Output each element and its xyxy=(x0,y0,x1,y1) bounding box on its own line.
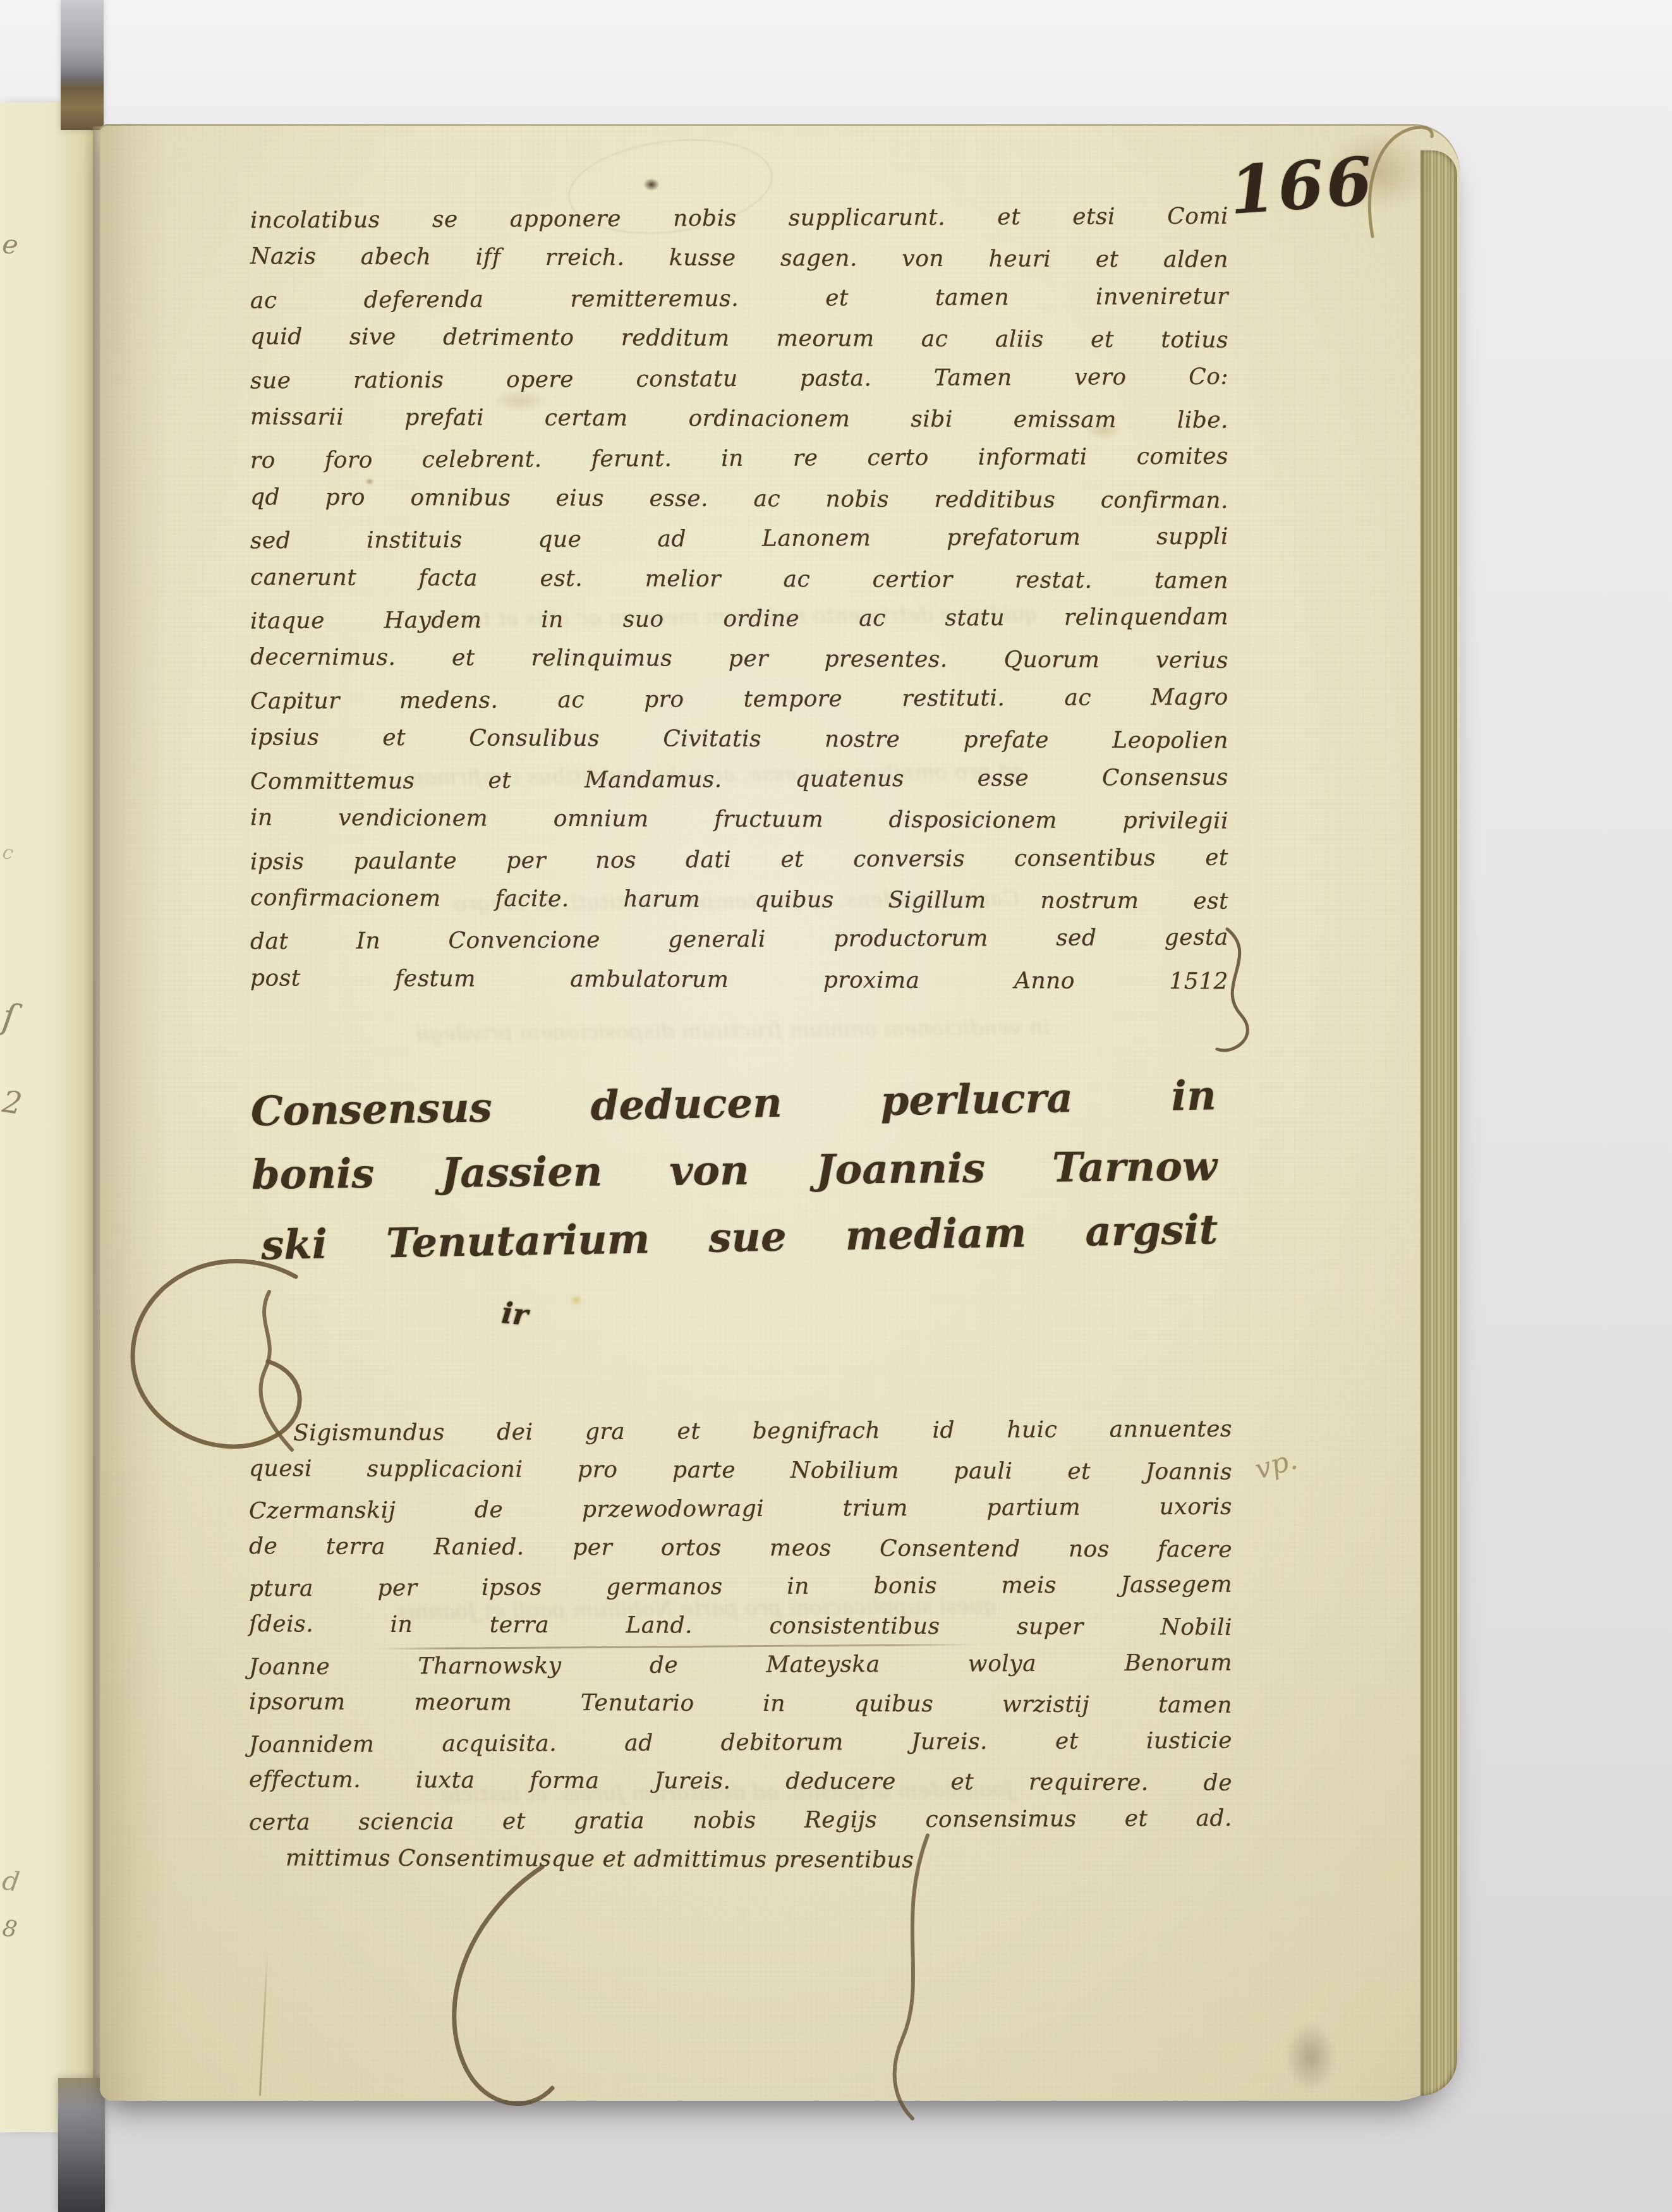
ink-speck xyxy=(365,478,374,485)
manuscript-line: ski Tenutarium sue mediam argsit xyxy=(261,1196,1219,1279)
manuscript-line: confirmacionem facite. harum quibus Sigi… xyxy=(250,878,1228,921)
manuscript-line: bonis Jassien von Joannis Tarnow xyxy=(251,1133,1218,1208)
descender-flourish-left xyxy=(428,1861,580,2139)
photo-backdrop: e c ſ 2 d 8 quid sive detrimento redditu… xyxy=(0,0,1672,2212)
book-fore-edge xyxy=(1421,150,1457,2096)
manuscript-line: ac deferenda remitteremus. et tamen inve… xyxy=(250,276,1228,320)
manuscript-line: canerunt facta est. melior ac certior re… xyxy=(250,557,1228,601)
manuscript-line: sue rationis opere constatu pasta. Tamen… xyxy=(250,356,1228,401)
marginal-mark: vp. xyxy=(1251,1443,1300,1486)
descender-flourish-right xyxy=(852,1830,953,2127)
manuscript-line: decernimus. et relinquimus per presentes… xyxy=(250,638,1228,681)
manuscript-line: Consensus deducen perlucra in xyxy=(250,1062,1217,1145)
foxing-stain xyxy=(492,389,548,412)
top-paragraph: incolatibus se apponere nobis supplicaru… xyxy=(250,198,1228,1000)
manuscript-page: quid sive detrimento redditum meorum ac … xyxy=(100,124,1460,2101)
manuscript-line: itaque Haydem in suo ordine ac statu rel… xyxy=(250,597,1228,641)
manuscript-line: certa sciencia et gratia nobis Regijs co… xyxy=(249,1799,1232,1842)
paper-crease xyxy=(259,1949,269,2096)
folio-number: 166 xyxy=(1227,142,1377,229)
facing-page-edge: e c ſ 2 d 8 xyxy=(0,102,95,2132)
manuscript-line: ro foro celebrent. ferunt. in re certo i… xyxy=(250,437,1228,481)
facing-page-ink-fragment: d xyxy=(1,1864,21,1897)
bleedthrough-ghost: in vendicionem omnium fructuum disposici… xyxy=(416,1015,1050,1047)
facing-page-ink-fragment: e xyxy=(1,228,20,261)
under-heading-ink-mark: ir xyxy=(500,1296,530,1332)
manuscript-line: ptura per ipsos germanos in bonis meis J… xyxy=(249,1565,1232,1608)
facing-page-ink-fragment: c xyxy=(1,841,15,865)
facing-page-ink-fragment: 8 xyxy=(1,1916,18,1943)
manuscript-line: in vendicionem omnium fructuum disposici… xyxy=(250,798,1228,841)
manuscript-line: dat In Convencione generali productorum … xyxy=(250,918,1228,962)
gutter-shadow xyxy=(100,124,169,2101)
ink-speck xyxy=(643,178,660,191)
manuscript-line: sed instituis que ad Lanonem prefatorum … xyxy=(250,517,1228,561)
facing-page-ink-fragment: 2 xyxy=(0,1084,24,1122)
manuscript-line: ipsius et Consulibus Civitatis nostre pr… xyxy=(250,718,1228,762)
foxing-stain xyxy=(1086,421,1121,440)
manuscript-line: effectum. iuxta forma Jureis. deducere e… xyxy=(249,1761,1232,1803)
smudge-stain xyxy=(1285,2022,1336,2092)
book-clamp-rod-bottom xyxy=(58,2078,105,2212)
entry-heading: Consensus deducen perlucra inbonis Jassi… xyxy=(250,1065,1218,1278)
manuscript-line: ſdeis. in terra Land. consistentibus sup… xyxy=(249,1605,1232,1647)
manuscript-line: ipsis paulante per nos dati et conversis… xyxy=(250,837,1228,882)
facing-page-ink-fragment: ſ xyxy=(0,996,18,1038)
manuscript-line: Joannidem acquisita. ad debitorum Jureis… xyxy=(249,1721,1232,1764)
book-clamp-rod-top xyxy=(61,0,104,130)
manuscript-line: missarii prefati certam ordinacionem sib… xyxy=(250,397,1228,441)
wax-stain xyxy=(570,1294,583,1306)
manuscript-line: de terra Ranied. per ortos meos Consente… xyxy=(249,1527,1232,1569)
manuscript-line: post festum ambulatorum proxima Anno 151… xyxy=(250,958,1228,1002)
manuscript-line: Sigismundus dei gra et begnifrach id hui… xyxy=(293,1410,1232,1453)
manuscript-line: Nazis abech iff rreich. kusse sagen. von… xyxy=(250,237,1228,281)
anno-line-swash xyxy=(1199,925,1281,1071)
manuscript-line: Czermanskij de przewodowragi trium parti… xyxy=(249,1488,1232,1531)
manuscript-line: quesi supplicacioni pro parte Nobilium p… xyxy=(249,1449,1232,1492)
manuscript-line: Capitur medens. ac pro tempore restituti… xyxy=(250,677,1228,721)
manuscript-line: quid sive detrimento redditum meorum ac … xyxy=(250,317,1228,361)
manuscript-line: Joanne Tharnowsky de Mateyska wolya Beno… xyxy=(249,1643,1232,1686)
manuscript-line: Committemus et Mandamus. quatenus esse C… xyxy=(250,757,1228,801)
manuscript-line: ipsorum meorum Tenutario in quibus wrzis… xyxy=(249,1682,1232,1725)
manuscript-line: mittimus Consentimusque et admittimus pr… xyxy=(286,1838,1232,1881)
manuscript-line: qd pro omnibus eius esse. ac nobis reddi… xyxy=(250,477,1228,521)
folio-ink-swash xyxy=(1361,123,1456,243)
manuscript-line: incolatibus se apponere nobis supplicaru… xyxy=(250,197,1228,241)
